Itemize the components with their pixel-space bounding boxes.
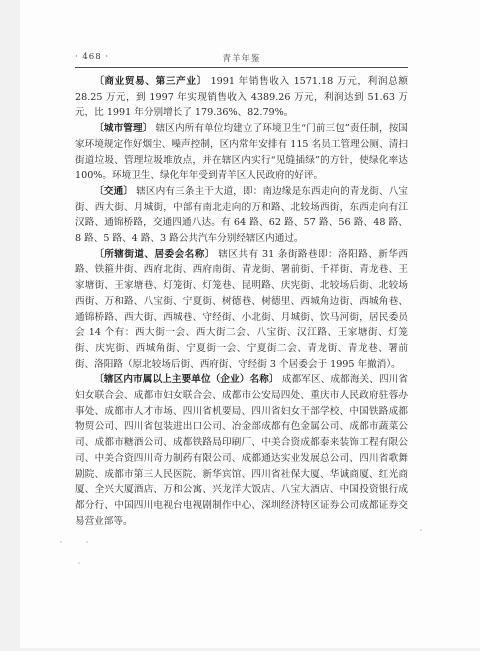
scan-speck (86, 541, 88, 543)
section-text: 辖区共有 31 条街路巷即：洛阳路、新华西路、铁箍井街、西府北街、西府南街、青龙… (75, 249, 408, 370)
section-heading: 〔商业贸易、第三产业〕 (94, 76, 207, 87)
section-transport: 〔交通〕 辖区内有三条主干大道，即：南边缘是东西走向的青龙街、八宝街、西大街、月… (75, 184, 408, 247)
section-text: 成都军区、成都海关、四川省妇女联合会、成都市妇女联合会、成都市公安局四处、重庆市… (75, 374, 408, 526)
header-rule (75, 67, 408, 68)
section-major-units: 〔辖区内市属以上主要单位（企业）名称〕 成都军区、成都海关、四川省妇女联合会、成… (75, 372, 408, 529)
section-heading: 〔交通〕 (94, 186, 133, 197)
section-heading: 〔辖区内市属以上主要单位（企业）名称〕 (94, 374, 279, 385)
section-city-management: 〔城市管理〕 辖区内所有单位均建立了环境卫生“门前三包”责任制，按国家环境规定作… (75, 121, 408, 184)
document-page: · 468 · 青羊年鉴 〔商业贸易、第三产业〕 1991 年销售收入 1571… (20, 0, 480, 648)
body-text: 〔商业贸易、第三产业〕 1991 年销售收入 1571.18 万元，利润总额 2… (75, 74, 408, 529)
section-streets-committees: 〔所辖街道、居委会名称〕 辖区共有 31 条街路巷即：洛阳路、新华西路、铁箍井街… (75, 247, 408, 373)
scan-speck (78, 562, 80, 564)
scan-speck (60, 541, 62, 543)
section-commerce: 〔商业贸易、第三产业〕 1991 年销售收入 1571.18 万元，利润总额 2… (75, 74, 408, 121)
section-heading: 〔所辖街道、居委会名称〕 (94, 249, 215, 260)
section-heading: 〔城市管理〕 (94, 123, 152, 134)
book-title: 青羊年鉴 (75, 52, 408, 64)
running-head: · 468 · 青羊年鉴 (75, 52, 408, 66)
scan-speck (420, 529, 422, 531)
